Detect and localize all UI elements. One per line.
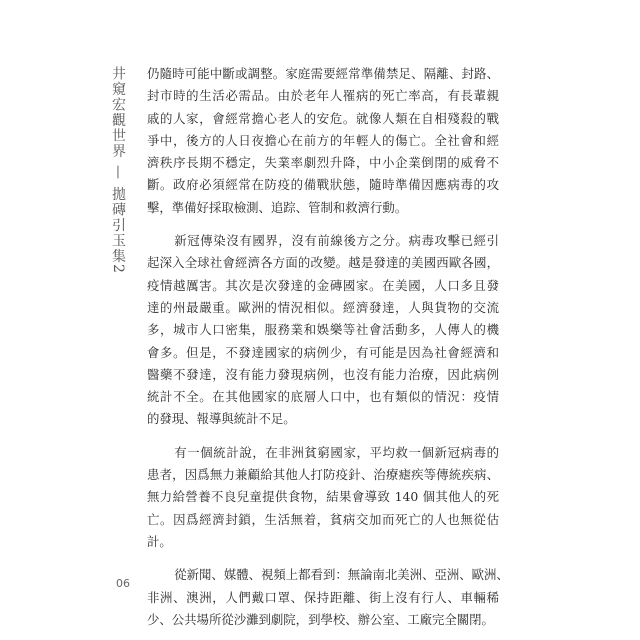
title-separator: — — [111, 165, 125, 181]
text-line: 仍隨時可能中斷或調整。家庭需要經常準備禁足、隔離、封路、 — [147, 63, 499, 85]
text-line: 有一個統計說，在非洲貧窮國家，平均救一個新冠病毒的 — [147, 442, 499, 464]
paragraph-4: 從新聞、媒體、視頻上都看到：無論南北美洲、亞洲、歐洲、 非洲、澳洲，人們戴口罩、… — [147, 564, 499, 631]
text-line: 少、公共場所從沙灘到劇院，到學校、辦公室、工廠完全關閉。 — [147, 609, 499, 631]
text-line: 多，城市人口密集，服務業和娛樂等社會活動多，人傳人的機 — [147, 319, 499, 341]
text-line: 擊，準備好採取檢測、追踪、管制和救濟行動。 — [147, 197, 499, 219]
text-line: 濟秩序長期不穩定，失業率劇烈升降，中小企業倒閉的威脅不 — [147, 152, 499, 174]
text-line: 從新聞、媒體、視頻上都看到：無論南北美洲、亞洲、歐洲、 — [147, 564, 499, 586]
text-line: 非洲、澳洲，人們戴口罩、保持距離、街上沒有行人、車輛稀 — [147, 587, 499, 609]
text-line: 斷。政府必須經常在防疫的備戰狀態，隨時準備因應病毒的攻 — [147, 174, 499, 196]
text-line: 會多。但是，不發達國家的病例少，有可能是因為社會經濟和 — [147, 342, 499, 364]
text-line: 封市時的生活必需品。由於老年人罹病的死亡率高，有長輩親 — [147, 85, 499, 107]
body-text: 仍隨時可能中斷或調整。家庭需要經常準備禁足、隔離、封路、 封市時的生活必需品。由… — [147, 63, 499, 640]
text-line: 新冠傳染沒有國界，沒有前線後方之分。病毒攻擊已經引 — [147, 230, 499, 252]
text-line: 達的州最嚴重。歐洲的情況相似。經濟發達，人與貨物的交流 — [147, 297, 499, 319]
paragraph-1: 仍隨時可能中斷或調整。家庭需要經常準備禁足、隔離、封路、 封市時的生活必需品。由… — [147, 63, 499, 219]
book-subtitle: 拋磚引玉集2 — [110, 187, 126, 275]
text-line: 統計不全。在其他國家的底層人口中，也有類似的情況：疫情 — [147, 386, 499, 408]
text-line: 醫藥不發達，沒有能力發現病例，也沒有能力治療，因此病例 — [147, 364, 499, 386]
text-line: 計。 — [147, 531, 499, 553]
text-line: 的發現、報導與統計不足。 — [147, 408, 499, 430]
text-line: 戚的人家，會經常擔心老人的安危。就像人類在自相殘殺的戰 — [147, 108, 499, 130]
book-title: 井窺宏觀世界 — [110, 66, 126, 159]
paragraph-3: 有一個統計說，在非洲貧窮國家，平均救一個新冠病毒的 患者，因爲無力兼顧給其他人打… — [147, 442, 499, 553]
book-page: 井窺宏觀世界—拋磚引玉集2 仍隨時可能中斷或調整。家庭需要經常準備禁足、隔離、封… — [0, 0, 640, 640]
text-line: 患者，因爲無力兼顧給其他人打防疫針、治療瘧疾等傳統疾病、 — [147, 464, 499, 486]
text-line: 爭中，後方的人日夜擔心在前方的年輕人的傷亡。全社會和經 — [147, 130, 499, 152]
paragraph-2: 新冠傳染沒有國界，沒有前線後方之分。病毒攻擊已經引 起深入全球社會經濟各方面的改… — [147, 230, 499, 431]
running-head: 井窺宏觀世界—拋磚引玉集2 — [111, 66, 125, 274]
text-line: 亡。因爲經濟封鎖，生活無着，貧病交加而死亡的人也無從估 — [147, 509, 499, 531]
text-line: 疫情越厲害。其次是次發達的金磚國家。在美國，人口多且發 — [147, 275, 499, 297]
text-line: 無力給營養不良兒童提供食物，結果會導致 140 個其他人的死 — [147, 486, 499, 508]
text-line: 起深入全球社會經濟各方面的改變。越是發達的美國西歐各國， — [147, 252, 499, 274]
page-number: 06 — [116, 577, 130, 590]
